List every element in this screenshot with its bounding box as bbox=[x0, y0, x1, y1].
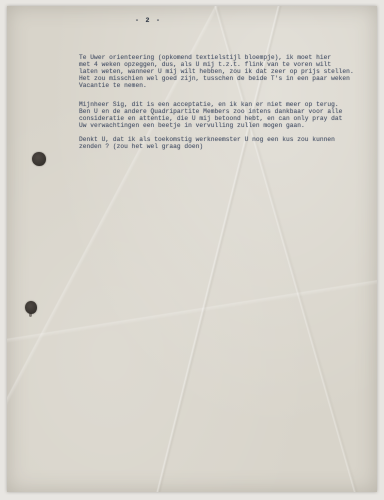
page-number: - 2 - bbox=[135, 17, 161, 25]
hole-punch-top bbox=[32, 152, 46, 166]
paragraph-1: Te Uwer orienteering (opkomend textielst… bbox=[79, 54, 355, 89]
paper-sheet: - 2 - Te Uwer orienteering (opkomend tex… bbox=[7, 6, 377, 492]
hole-punch-bottom bbox=[25, 301, 37, 314]
paragraph-3: Denkt U, dat ik als toekomstig werkneems… bbox=[79, 136, 355, 150]
paragraph-2: Mijnheer Sig, dit is een acceptatie, en … bbox=[79, 101, 355, 129]
scanned-document: - 2 - Te Uwer orienteering (opkomend tex… bbox=[0, 0, 384, 500]
